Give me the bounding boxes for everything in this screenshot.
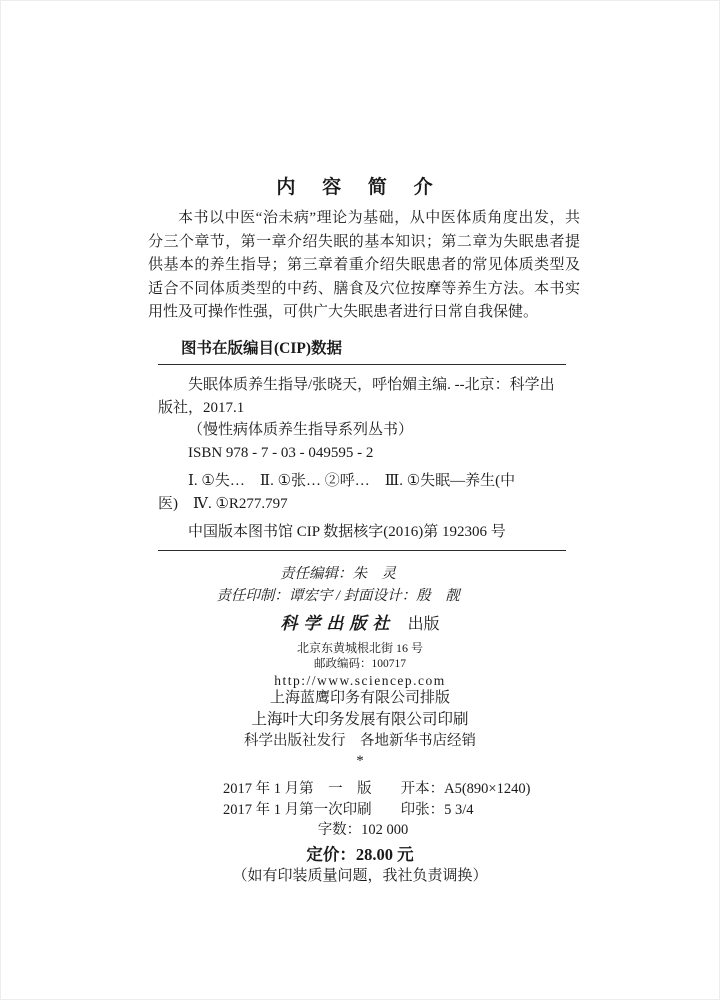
printing-info-block: 2017 年 1 月第 一 版 开本：A5(890×1240) 2017 年 1… [223, 779, 503, 841]
publish-suffix: 出版 [408, 616, 440, 633]
publisher-address: 北京东黄城根北街 16 号 [1, 641, 719, 656]
printing-company: 上海叶大印务发展有限公司印刷 [1, 709, 719, 731]
cip-index-line2: 医) Ⅳ. ①R277.797 [158, 493, 566, 516]
typesetting-company: 上海蓝鹰印务有限公司排版 [1, 688, 719, 709]
section-divider-star: * [1, 753, 719, 770]
cip-entry-line2: 版社，2017.1 [158, 397, 566, 420]
price-line: 定价：28.00 元 [1, 841, 719, 865]
cip-divider-bottom [158, 550, 566, 551]
cip-data-block: 图书在版编目(CIP)数据 失眠体质养生指导/张晓天，呼怡媚主编. --北京：科… [158, 339, 566, 551]
word-count-line: 字数：102 000 [223, 820, 503, 841]
science-press-logo: 科学出版社 [280, 614, 395, 633]
responsible-editor: 责任编辑：朱 灵 [0, 563, 697, 585]
publisher-block: 科学出版社 出版 北京东黄城根北街 16 号 邮政编码：100717 http:… [1, 613, 719, 689]
impression-and-sheets-line: 2017 年 1 月第一次印刷 印张：5 3/4 [223, 800, 503, 821]
responsible-printer-and-cover-designer: 责任印制：谭宏宇 / 封面设计：殷 靓 [0, 585, 697, 607]
cip-entry-line1: 失眠体质养生指导/张晓天，呼怡媚主编. --北京：科学出 [158, 374, 566, 397]
cip-header: 图书在版编目(CIP)数据 [158, 339, 566, 359]
cip-divider-top [158, 364, 566, 365]
content-intro-title: 内 容 简 介 [1, 172, 719, 199]
edition-and-format-line: 2017 年 1 月第 一 版 开本：A5(890×1240) [223, 779, 503, 800]
content-intro-paragraph: 本书以中医“治未病”理论为基础，从中医体质角度出发，共分三个章节，第一章介绍失眠… [148, 207, 580, 325]
publisher-url: http://www.sciencep.com [1, 672, 719, 689]
cip-record-number: 中国版本图书馆 CIP 数据核字(2016)第 192306 号 [158, 521, 566, 544]
cip-index-line1: Ⅰ. ①失… Ⅱ. ①张… ②呼… Ⅲ. ①失眠—养生(中 [158, 470, 566, 493]
cip-series-title: （慢性病体质养生指导系列丛书） [158, 419, 566, 442]
distribution-line: 科学出版社发行 各地新华书店经销 [1, 731, 719, 751]
cip-body: 失眠体质养生指导/张晓天，呼怡媚主编. --北京：科学出 版社，2017.1 （… [158, 374, 566, 544]
staff-credits: 责任编辑：朱 灵 责任印制：谭宏宇 / 封面设计：殷 靓 [0, 563, 697, 607]
production-block: 上海蓝鹰印务有限公司排版 上海叶大印务发展有限公司印刷 科学出版社发行 各地新华… [1, 688, 719, 751]
cip-isbn: ISBN 978 - 7 - 03 - 049595 - 2 [158, 442, 566, 465]
quality-exchange-notice: （如有印装质量问题，我社负责调换） [1, 864, 719, 885]
publisher-postcode: 邮政编码：100717 [1, 657, 719, 671]
publisher-logo-line: 科学出版社 出版 [1, 613, 719, 636]
copyright-page: 内 容 简 介 本书以中医“治未病”理论为基础，从中医体质角度出发，共分三个章节… [0, 0, 720, 1000]
